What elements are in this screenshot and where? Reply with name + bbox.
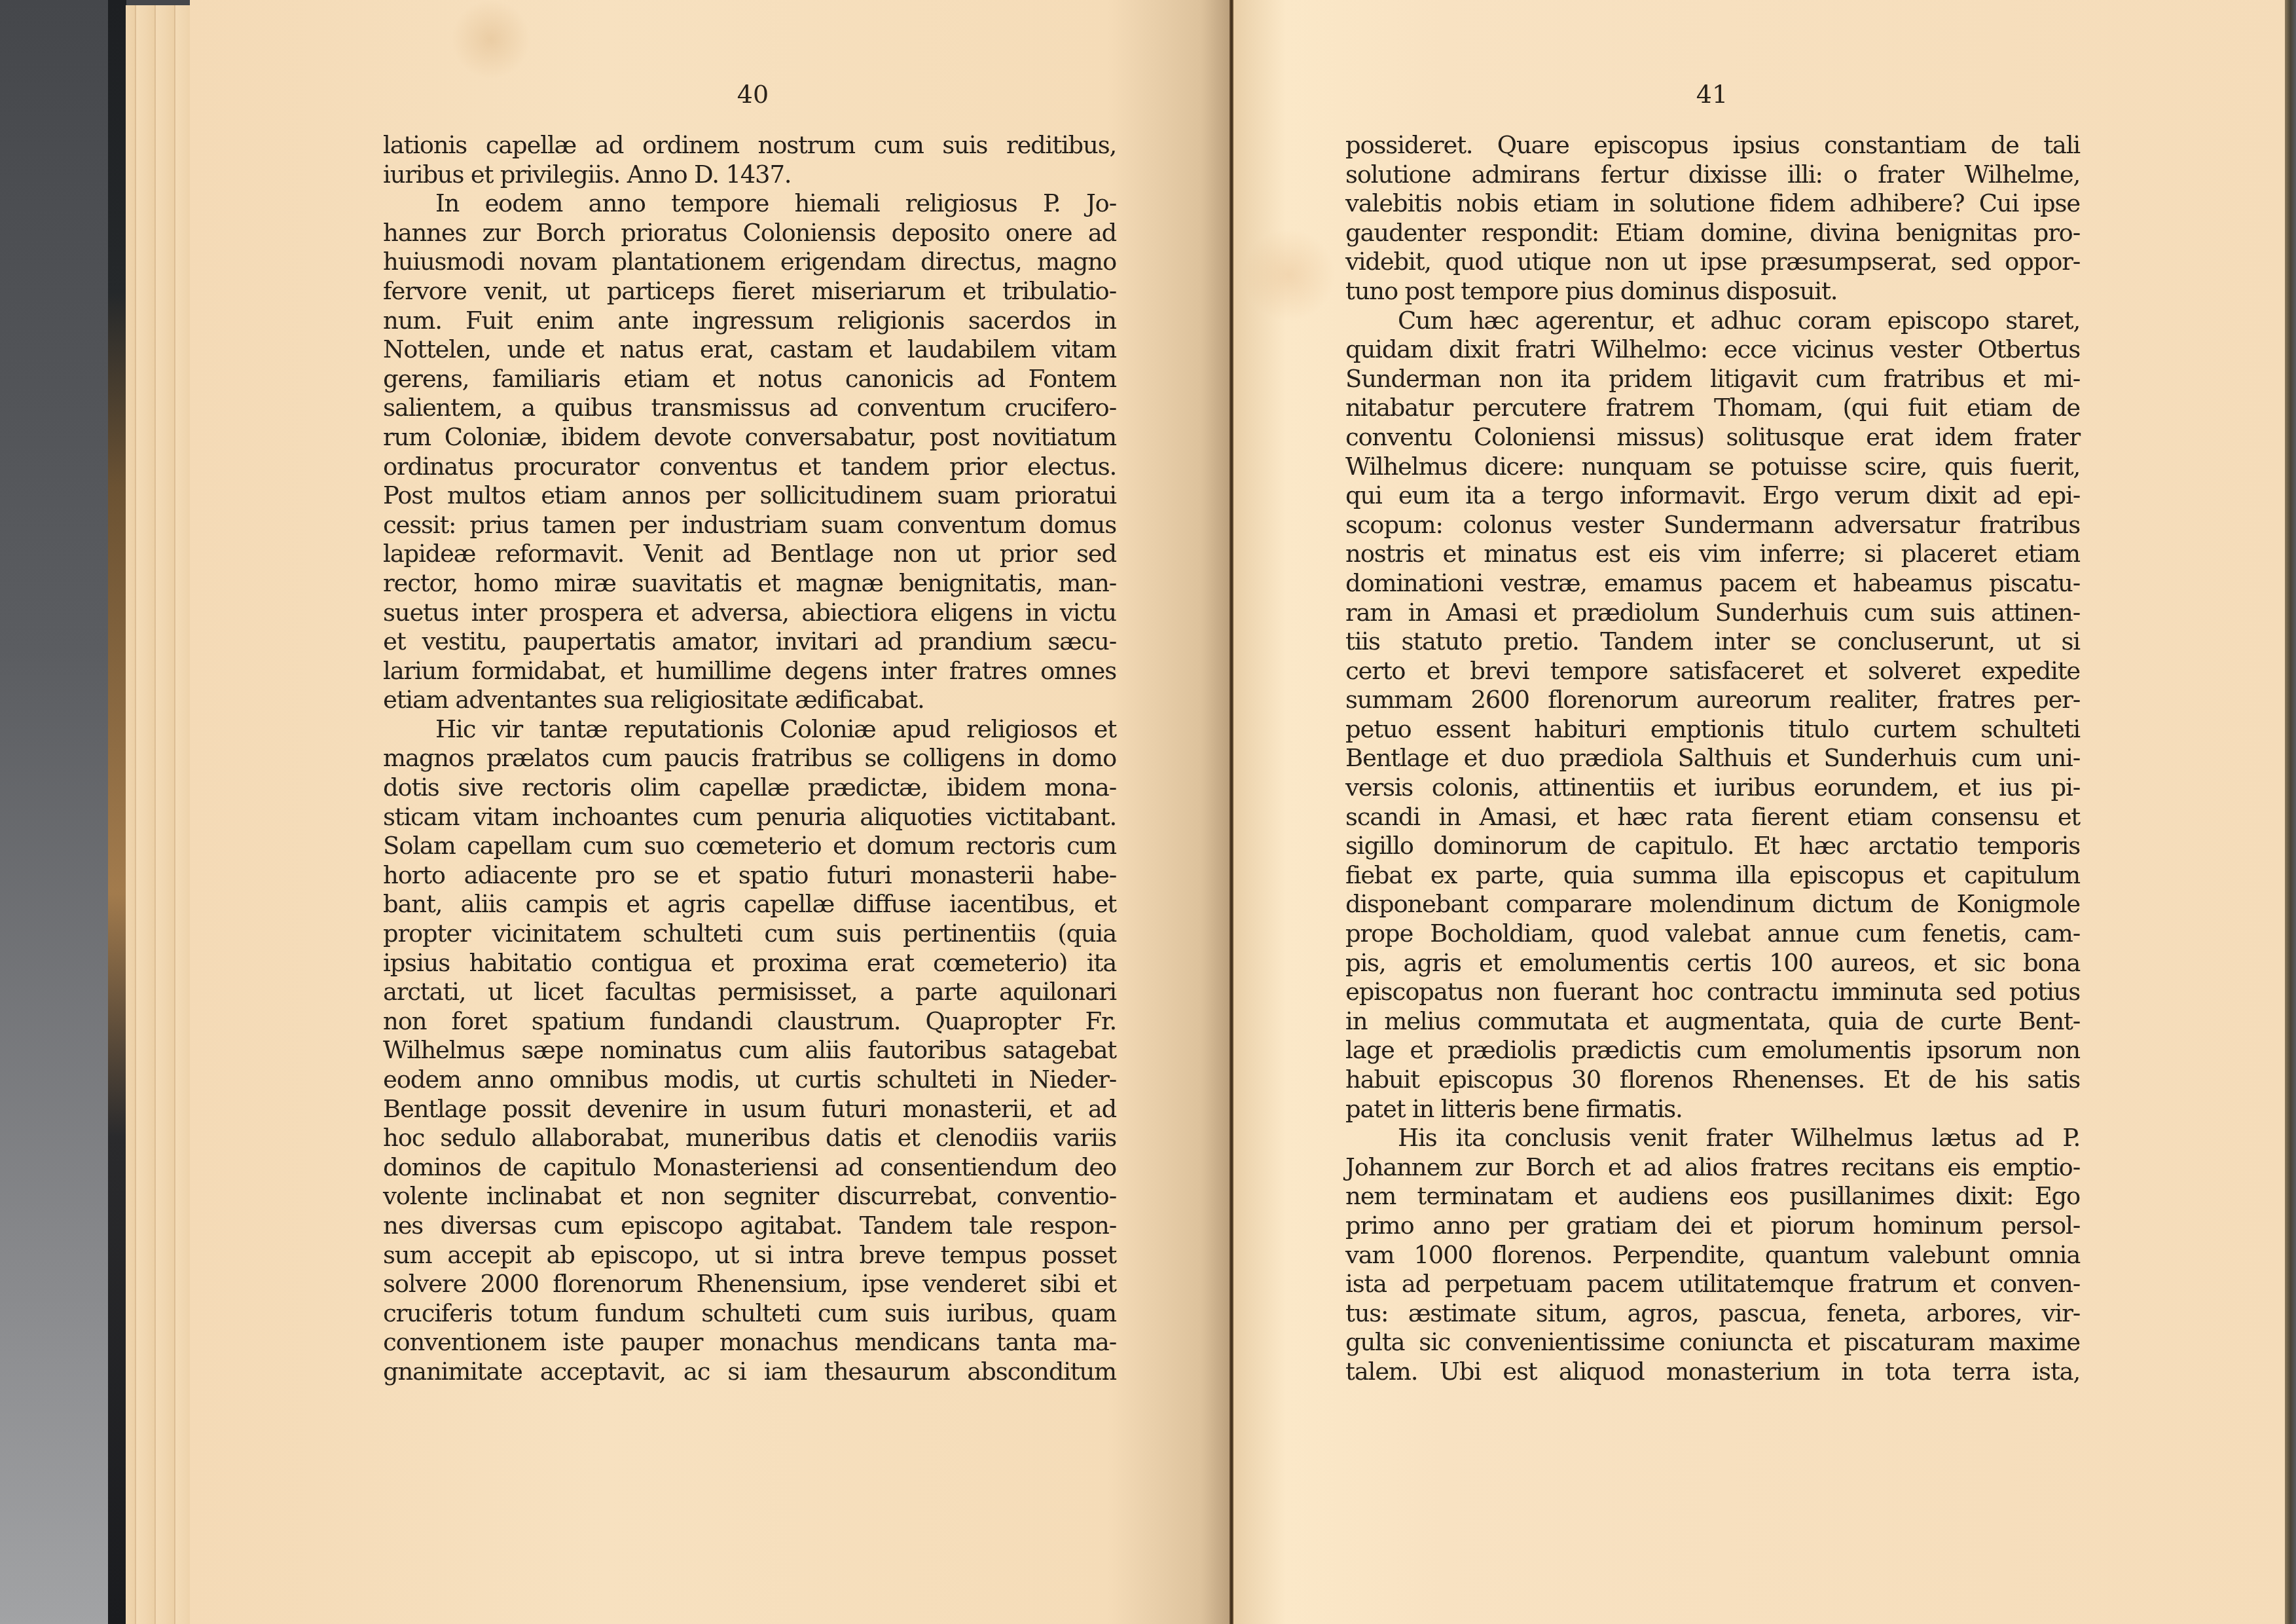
text-line: volente inclinabat et non segniter discu… <box>383 1182 1116 1211</box>
page-number-right: 41 <box>1679 80 1745 109</box>
text-line: possideret. Quare episcopus ipsius const… <box>1345 131 2080 160</box>
text-line: petuo essent habituri emptionis titulo c… <box>1345 715 2080 745</box>
text-line: magnos prælatos cum paucis fratribus se … <box>383 744 1116 773</box>
book-gutter <box>1230 0 1233 1624</box>
right-page-text: possideret. Quare episcopus ipsius const… <box>1345 131 2080 1387</box>
text-line: primo anno per gratiam dei et piorum hom… <box>1345 1211 2080 1241</box>
text-line: suetus inter prospera et adversa, abiect… <box>383 599 1116 628</box>
text-line: prope Bocholdiam, quod valebat annue cum… <box>1345 919 2080 949</box>
text-line: cessit: prius tamen per industriam suam … <box>383 511 1116 540</box>
text-line: sigillo dominorum de capitulo. Et hæc ar… <box>1345 832 2080 861</box>
text-line: solvere 2000 florenorum Rhenensium, ipse… <box>383 1270 1116 1299</box>
text-line: certo et brevi tempore satisfaceret et s… <box>1345 657 2080 686</box>
text-line: Solam capellam cum suo cœmeterio et domu… <box>383 832 1116 861</box>
text-line: nitabatur percutere fratrem Thomam, (qui… <box>1345 394 2080 423</box>
text-line: Bentlage possit devenire in usum futuri … <box>383 1095 1116 1124</box>
left-page-text: lationis capellæ ad ordinem nostrum cum … <box>383 131 1116 1387</box>
text-line: scandi in Amasi, et hæc rata fierent eti… <box>1345 803 2080 832</box>
text-line: In eodem anno tempore hiemali religiosus… <box>383 189 1116 219</box>
text-line: fervore venit, ut particeps fieret miser… <box>383 277 1116 306</box>
text-line: bant, aliis campis et agris capellæ diff… <box>383 890 1116 919</box>
text-line: conventionem iste pauper monachus mendic… <box>383 1328 1116 1357</box>
text-line: ram in Amasi et prædiolum Sunderhuis cum… <box>1345 599 2080 628</box>
text-line: nostris et minatus est eis vim inferre; … <box>1345 540 2080 569</box>
text-line: quidam dixit fratri Wilhelmo: ecce vicin… <box>1345 335 2080 365</box>
text-line: Wilhelmus dicere: nunquam se potuisse sc… <box>1345 452 2080 482</box>
text-line: dotis sive rectoris olim capellæ prædict… <box>383 773 1116 803</box>
text-line: in melius commutata et augmentata, quia … <box>1345 1007 2080 1037</box>
page-number-left: 40 <box>720 80 786 109</box>
text-line: versis colonis, attinentiis et iuribus e… <box>1345 773 2080 803</box>
text-line: et vestitu, paupertatis amator, invitari… <box>383 627 1116 657</box>
text-line: dominos de capitulo Monasteriensi ad con… <box>383 1153 1116 1183</box>
text-line: num. Fuit enim ante ingressum religionis… <box>383 306 1116 336</box>
text-line: tiis statuto pretio. Tandem inter se con… <box>1345 627 2080 657</box>
text-line: Hic vir tantæ reputationis Coloniæ apud … <box>383 715 1116 745</box>
text-line: gulta sic convenientissime coniuncta et … <box>1345 1328 2080 1357</box>
text-line: sticam vitam inchoantes cum penuria aliq… <box>383 803 1116 832</box>
text-line: hannes zur Borch prioratus Coloniensis d… <box>383 219 1116 248</box>
text-line: episcopatus non fuerant hoc contractu im… <box>1345 978 2080 1007</box>
text-line: lationis capellæ ad ordinem nostrum cum … <box>383 131 1116 160</box>
text-line: valebitis nobis etiam in solutione fidem… <box>1345 189 2080 219</box>
text-line: disponebant comparare molendinum dictum … <box>1345 890 2080 919</box>
text-line: larium formidabat, et humillime degens i… <box>383 657 1116 686</box>
text-line: Bentlage et duo prædiola Salthuis et Sun… <box>1345 744 2080 773</box>
text-line: fiebat ex parte, quia summa illa episcop… <box>1345 861 2080 891</box>
text-line: ipsius habitatio contigua et proxima era… <box>383 949 1116 978</box>
book-cover-edge <box>108 0 126 1624</box>
text-line: qui eum ita a tergo informavit. Ergo ver… <box>1345 481 2080 511</box>
text-line: Wilhelmus sæpe nominatus cum aliis fauto… <box>383 1036 1116 1065</box>
text-line: gerens, familiaris etiam et notus canoni… <box>383 365 1116 394</box>
text-line: non foret spatium fundandi claustrum. Qu… <box>383 1007 1116 1037</box>
text-line: tuno post tempore pius dominus disposuit… <box>1345 277 2080 306</box>
text-line: talem. Ubi est aliquod monasterium in to… <box>1345 1357 2080 1387</box>
text-line: tus: æstimate situm, agros, pascua, fene… <box>1345 1299 2080 1329</box>
text-line: gaudenter respondit: Etiam domine, divin… <box>1345 219 2080 248</box>
text-line: lapideæ reformavit. Venit ad Bentlage no… <box>383 540 1116 569</box>
text-line: arctati, ut licet facultas permisisset, … <box>383 978 1116 1007</box>
text-line: solutione admirans fertur dixisse illi: … <box>1345 160 2080 190</box>
text-line: propter vicinitatem schulteti cum suis p… <box>383 919 1116 949</box>
text-line: ista ad perpetuam pacem utilitatemque fr… <box>1345 1270 2080 1299</box>
text-line: horto adiacente pro se et spatio futuri … <box>383 861 1116 891</box>
text-line: huiusmodi novam plantationem erigendam d… <box>383 248 1116 277</box>
text-line: Johannem zur Borch et ad alios fratres r… <box>1345 1153 2080 1183</box>
text-line: nem terminatam et audiens eos pusillanim… <box>1345 1182 2080 1211</box>
text-line: etiam adventantes sua religiositate ædif… <box>383 686 1116 715</box>
text-line: patet in litteris bene firmatis. <box>1345 1095 2080 1124</box>
text-line: conventu Coloniensi missus) solitusque e… <box>1345 423 2080 452</box>
text-line: ordinatus procurator conventus et tandem… <box>383 452 1116 482</box>
text-line: Sunderman non ita pridem litigavit cum f… <box>1345 365 2080 394</box>
right-page-edge <box>2285 0 2296 1624</box>
text-line: Post multos etiam annos per sollicitudin… <box>383 481 1116 511</box>
text-line: videbit, quod utique non ut ipse præsump… <box>1345 248 2080 277</box>
text-line: scopum: colonus vester Sundermann advers… <box>1345 511 2080 540</box>
text-line: rum Coloniæ, ibidem devote conversabatur… <box>383 423 1116 452</box>
text-line: iuribus et privilegiis. Anno D. 1437. <box>383 160 1116 190</box>
text-line: His ita conclusis venit frater Wilhelmus… <box>1345 1124 2080 1153</box>
text-line: vam 1000 florenos. Perpendite, quantum v… <box>1345 1241 2080 1270</box>
text-line: Cum hæc agerentur, et adhuc coram episco… <box>1345 306 2080 336</box>
text-line: rector, homo miræ suavitatis et magnæ be… <box>383 569 1116 599</box>
text-line: habuit episcopus 30 florenos Rhenenses. … <box>1345 1065 2080 1095</box>
text-line: dominationi vestræ, emamus pacem et habe… <box>1345 569 2080 599</box>
text-line: lage et prædiolis prædictis cum emolumen… <box>1345 1036 2080 1065</box>
text-line: cruciferis totum fundum schulteti cum su… <box>383 1299 1116 1329</box>
text-line: summam 2600 florenorum aureorum realiter… <box>1345 686 2080 715</box>
text-line: hoc sedulo allaborabat, muneribus datis … <box>383 1124 1116 1153</box>
page-stack-edges <box>126 5 191 1624</box>
text-line: gnanimitate acceptavit, ac si iam thesau… <box>383 1357 1116 1387</box>
text-line: sum accepit ab episcopo, ut si intra bre… <box>383 1241 1116 1270</box>
text-line: pis, agris et emolumentis certis 100 aur… <box>1345 949 2080 978</box>
text-line: nes diversas cum episcopo agitabat. Tand… <box>383 1211 1116 1241</box>
text-line: salientem, a quibus transmissus ad conve… <box>383 394 1116 423</box>
text-line: Nottelen, unde et natus erat, castam et … <box>383 335 1116 365</box>
text-line: eodem anno omnibus modis, ut curtis schu… <box>383 1065 1116 1095</box>
